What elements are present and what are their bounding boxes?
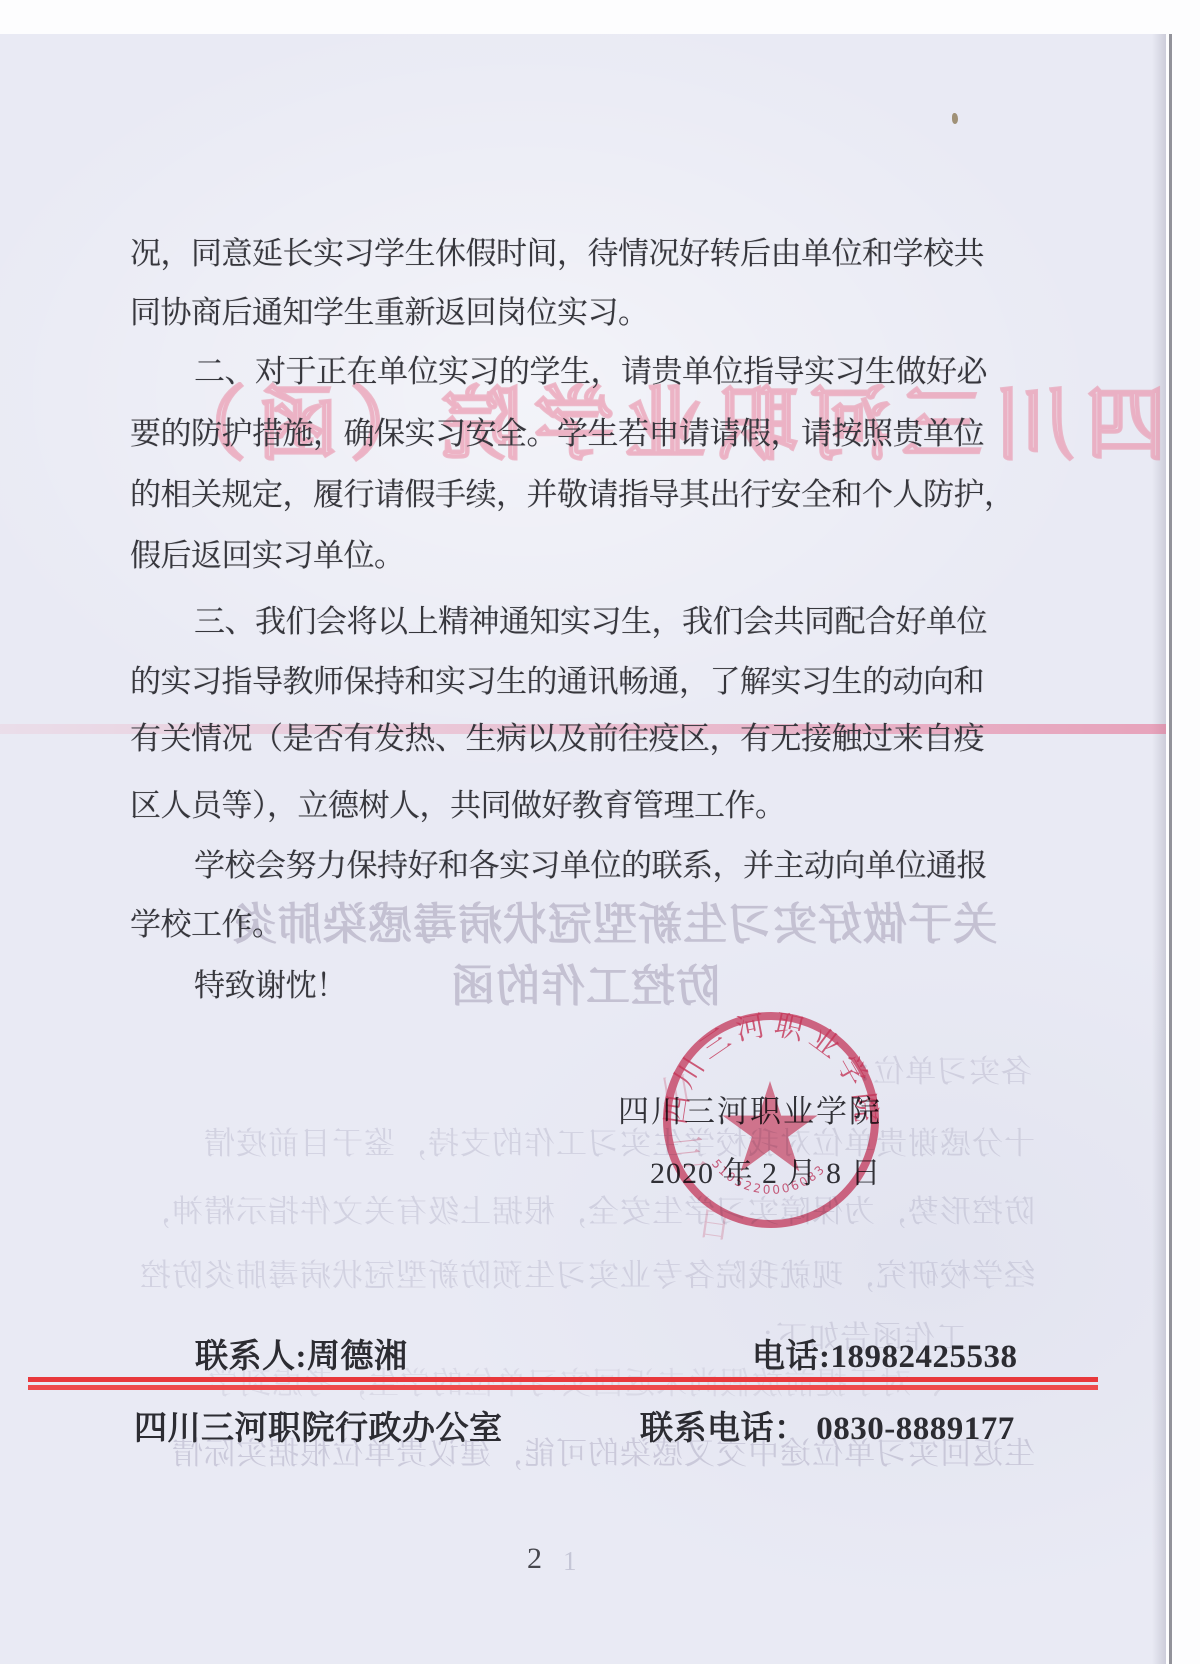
body-line: 二、对于正在单位实习的学生，请贵单位指导实习生做好必 bbox=[130, 346, 987, 391]
body-line: 学校会努力保持好和各实习单位的联系，并主动向单位通报 bbox=[130, 840, 987, 885]
body-line: 特致谢忱！ bbox=[130, 960, 347, 1005]
contact-person: 联系人:周德湘 bbox=[195, 1330, 408, 1377]
ghost-page-number: 1 bbox=[563, 1546, 577, 1577]
body-line: 有关情况（是否有发热、生病以及前往疫区，有无接触过来自疫 bbox=[130, 713, 984, 758]
body-line: 的实习指导教师保持和实习生的通讯畅通，了解实习生的动向和 bbox=[130, 656, 984, 701]
seal-overstamp-mark: 川 bbox=[657, 1071, 692, 1109]
seal-overstamp-mark: 日 bbox=[695, 1205, 734, 1246]
footer-red-line-top bbox=[28, 1377, 1098, 1382]
body-line: 要的防护措施，确保实习安全。学生若申请请假，请按照贵单位 bbox=[130, 408, 984, 453]
body-line: 三、我们会将以上精神通知实习生，我们会共同配合好单位 bbox=[130, 596, 987, 641]
scan-edge-line bbox=[1169, 34, 1172, 1664]
body-line: 的相关规定，履行请假手续，并敬请指导其出行安全和个人防护， bbox=[130, 469, 1015, 514]
body-line: 假后返回实习单位。 bbox=[130, 530, 405, 575]
page-number: 2 bbox=[527, 1542, 542, 1576]
contact-phone: 电话:18982425538 bbox=[752, 1330, 1018, 1377]
seal-code: 5105220006083 bbox=[709, 1157, 829, 1197]
scanned-letter-page: { "body": { "lines": [ "况，同意延长实习学生休假时间，待… bbox=[0, 0, 1200, 1664]
seal-star-icon bbox=[722, 1081, 817, 1172]
body-line: 同协商后通知学生重新返回岗位实习。 bbox=[130, 287, 649, 332]
footer-office-phone: 联系电话： 0830-8889177 bbox=[640, 1402, 1015, 1449]
body-line: 区人员等），立德树人，共同做好教育管理工作。 bbox=[130, 780, 786, 825]
footer-office: 四川三河职院行政办公室 bbox=[134, 1402, 503, 1449]
body-line: 况，同意延长实习学生休假时间，待情况好转后由单位和学校共 bbox=[130, 228, 984, 273]
paper-edge-shadow bbox=[1152, 34, 1166, 1664]
footer-red-line-bottom bbox=[28, 1385, 1098, 1390]
official-seal: 四川三河职业学院 5105220006083 川 三 日 bbox=[652, 998, 892, 1246]
dust-speck bbox=[952, 113, 958, 124]
seal-overstamp-mark: 三 bbox=[669, 1132, 709, 1176]
body-line: 学校工作。 bbox=[130, 899, 283, 944]
